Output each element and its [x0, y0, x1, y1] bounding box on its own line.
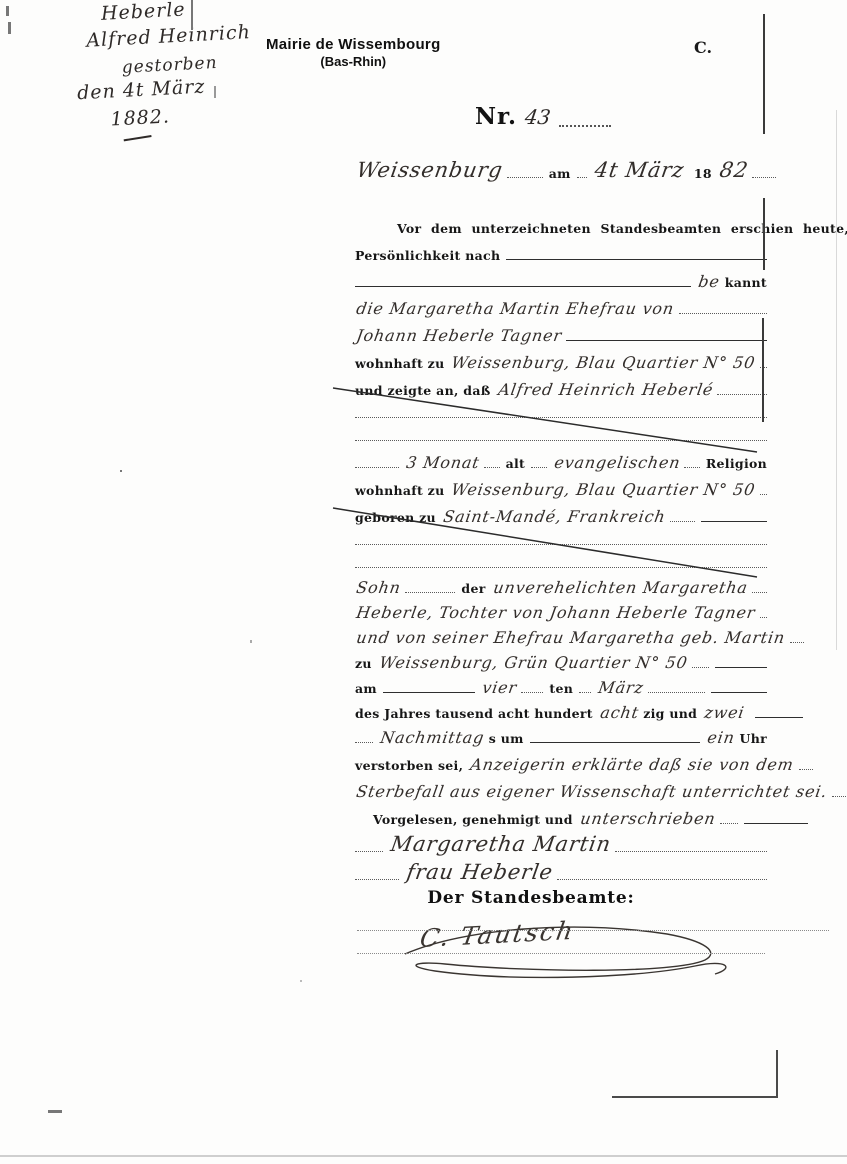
stamp-town: Mairie de Wissembourg: [266, 36, 441, 53]
blank-rule: [355, 412, 767, 418]
blank-rule: [355, 737, 373, 743]
handwritten-text: Weissenburg, Blau Quartier N° 50: [450, 353, 757, 372]
handwritten-text: zwei: [703, 703, 746, 722]
blank-rule: [383, 687, 475, 693]
handwritten-text: Heberle, Tochter von Johann Heberle Tagn…: [355, 603, 757, 622]
handwritten-text: unterschrieben: [579, 809, 717, 828]
parentage-line: Sohnderunverehelichten Margaretha: [355, 572, 767, 597]
handwritten-text: Margaretha Martin: [389, 832, 613, 856]
death-place-line: zuWeissenburg, Grün Quartier N° 50: [355, 647, 767, 672]
blank-rule: [760, 612, 767, 618]
blank-rule: [355, 539, 767, 545]
handwritten-text: Weissenburg, Grün Quartier N° 50: [378, 653, 689, 672]
handwritten-text: Saint-Mandé, Frankreich: [442, 507, 667, 526]
printed-text: Uhr: [740, 731, 767, 747]
intro-line: Vor dem unterzeichneten Standesbeamten e…: [355, 210, 767, 237]
blank-rule: [531, 462, 546, 468]
scan-artifact-page-corner: [776, 1050, 778, 1098]
registrar-signature-block: C. Tautsch: [355, 910, 767, 982]
printed-text: am: [549, 166, 571, 182]
blank-rule: [701, 516, 767, 522]
birthplace-line: geboren zuSaint-Mandé, Frankreich: [355, 499, 767, 526]
printed-text: verstorben sei,: [355, 758, 463, 774]
blank-rule: [717, 389, 767, 395]
blank-rule: [355, 281, 691, 287]
printed-text: Religion: [706, 456, 767, 472]
scan-artifact-vertical-line: [762, 318, 764, 422]
stamp-department: (Bas-Rhin): [266, 54, 441, 69]
blank-rule: [760, 489, 767, 495]
identity-line: Persönlichkeit nach: [355, 237, 767, 264]
scan-speck: [8, 22, 11, 34]
handwritten-text: 82: [718, 158, 750, 182]
handwritten-text: Johann Heberle Tagner: [355, 326, 563, 345]
date-line: Weissenburgam4t März1882: [355, 140, 767, 182]
printed-text: kannt: [725, 275, 767, 291]
printed-text: Vor dem unterzeichneten Standesbeamten e…: [397, 221, 847, 237]
blank-rule: [355, 874, 399, 880]
witness-signature-line: Margaretha Martin: [355, 828, 767, 856]
blank-rule: [521, 687, 543, 693]
blank-rule: [755, 712, 803, 718]
blank-rule: [832, 791, 847, 797]
blank-rule: [715, 662, 767, 668]
printed-text: 18: [694, 166, 712, 182]
scan-artifact-vertical-line: [763, 198, 765, 270]
residence-line2: wohnhaft zuWeissenburg, Blau Quartier N°…: [355, 472, 767, 499]
blank-rule: [692, 662, 709, 668]
scan-speck: [250, 640, 252, 643]
handwritten-text: Weissenburg: [355, 158, 505, 182]
handwritten-text: Alfred Heinrich Heberlé: [497, 380, 715, 399]
blank-rule: [557, 874, 767, 880]
blank-rule: [355, 562, 767, 568]
blank-line: [355, 526, 767, 549]
handwritten-text: die Margaretha Martin Ehefrau von: [355, 299, 676, 318]
scanned-death-record-page: Heberle Alfred Heinrich gestorben den 4t…: [0, 0, 847, 1164]
corner-letter: C.: [694, 38, 712, 57]
printed-text: der: [461, 581, 485, 597]
record-number: Nr. 43: [475, 103, 611, 130]
margin-annotation: Heberle Alfred Heinrich gestorben den 4t…: [55, 0, 262, 143]
blank-rule: [720, 818, 738, 824]
scan-artifact-vertical-line: [763, 14, 765, 134]
margin-given-names: Alfred Heinrich: [86, 21, 257, 52]
blank-rule: [530, 737, 701, 743]
handwritten-text: Sterbefall aus eigener Wissenschaft unte…: [355, 782, 829, 801]
form-column: Weissenburgam4t März1882Vor dem unterzei…: [355, 140, 767, 982]
parentage-line2: Heberle, Tochter von Johann Heberle Tagn…: [355, 597, 767, 622]
handwritten-text: 4t März: [593, 158, 686, 182]
knowledge-line: Sterbefall aus eigener Wissenschaft unte…: [355, 774, 767, 801]
deceased-statement-line: verstorben sei,Anzeigerin erklärte daß s…: [355, 747, 767, 774]
printed-text: des Jahres tausend acht hundert: [355, 706, 593, 722]
blank-rule: [507, 172, 543, 178]
death-hour-line: Nachmittags umeinUhr: [355, 722, 767, 747]
blank-rule: [711, 687, 767, 693]
handwritten-text: Weissenburg, Blau Quartier N° 50: [450, 480, 757, 499]
scan-speck: [300, 980, 302, 982]
blank-rule: [670, 516, 695, 522]
printed-text: und zeigte an, daß: [355, 383, 491, 399]
informant-line: die Margaretha Martin Ehefrau von: [355, 291, 767, 318]
blank-rule: [679, 308, 767, 314]
blank-rule: [355, 435, 767, 441]
handwritten-text: unverehelichten Margaretha: [492, 578, 749, 597]
margin-flourish: [124, 135, 152, 141]
handwritten-text: März: [597, 678, 645, 697]
margin-death-year: 1882.: [110, 101, 261, 131]
scan-speck: [191, 0, 193, 30]
dotted-rule: [357, 930, 829, 931]
margin-death-date: den 4t März: [77, 73, 260, 104]
death-year-line: des Jahres tausend acht hundertachtzig u…: [355, 697, 767, 722]
printed-text: Vorgelesen, genehmigt und: [373, 812, 573, 828]
handwritten-text: vier: [481, 678, 518, 697]
handwritten-text: Sohn: [355, 578, 402, 597]
printed-text: alt: [506, 456, 526, 472]
printed-text: geboren zu: [355, 510, 436, 526]
blank-rule: [559, 120, 611, 127]
handwritten-text: 3 Monat: [405, 453, 481, 472]
blank-rule: [752, 587, 767, 593]
scan-artifact-faint-line: [836, 110, 837, 650]
handwritten-text: be: [697, 272, 721, 291]
record-number-value: 43: [523, 105, 552, 130]
printed-text: wohnhaft zu: [355, 356, 444, 372]
blank-rule: [684, 462, 699, 468]
handwritten-text: und von seiner Ehefrau Margaretha geb. M…: [355, 628, 787, 647]
blank-rule: [744, 818, 808, 824]
handwritten-text: acht: [599, 703, 640, 722]
blank-rule: [484, 462, 499, 468]
handwritten-text: ein: [706, 728, 736, 747]
informant-line2: Johann Heberle Tagner: [355, 318, 767, 345]
parentage-line3: und von seiner Ehefrau Margaretha geb. M…: [355, 622, 767, 647]
blank-rule: [566, 335, 767, 341]
blank-line: [355, 549, 767, 572]
blank-rule: [799, 764, 813, 770]
blank-rule: [579, 687, 591, 693]
blank-rule: [355, 846, 383, 852]
printed-text: zu: [355, 656, 372, 672]
printed-text: am: [355, 681, 377, 697]
blank-line: [355, 422, 767, 445]
blank-rule: [648, 687, 705, 693]
scan-speck: [214, 86, 216, 98]
scan-speck: [120, 470, 122, 472]
handwritten-text: Nachmittag: [379, 728, 486, 747]
scan-speck: [6, 6, 9, 16]
blank-rule: [506, 254, 767, 260]
blank-rule: [615, 846, 767, 852]
printed-text: zig und: [643, 706, 697, 722]
bekannt-line: bekannt: [355, 264, 767, 291]
printed-text: wohnhaft zu: [355, 483, 444, 499]
scan-artifact-page-corner: [612, 1096, 778, 1098]
blank-line: [355, 399, 767, 422]
mairie-stamp: Mairie de Wissembourg (Bas-Rhin): [266, 36, 441, 69]
blank-rule: [577, 172, 587, 178]
handwritten-text: frau Heberle: [405, 860, 555, 884]
printed-text: ten: [549, 681, 573, 697]
age-religion-line: 3 MonataltevangelischenReligion: [355, 445, 767, 472]
scan-artifact-bottom-edge: [0, 1155, 847, 1157]
blank-rule: [752, 172, 776, 178]
approval-line: Vorgelesen, genehmigt undunterschrieben: [355, 801, 767, 828]
death-date-line: amviertenMärz: [355, 672, 767, 697]
declaration-line: und zeigte an, daßAlfred Heinrich Heberl…: [355, 372, 767, 399]
dotted-rule: [357, 953, 765, 954]
witness-signature-line: frau Heberle: [355, 856, 767, 884]
scan-speck: [48, 1110, 62, 1113]
printed-text: s um: [489, 731, 524, 747]
record-number-label: Nr.: [475, 103, 517, 130]
blank-rule: [355, 462, 399, 468]
printed-text: Persönlichkeit nach: [355, 248, 500, 264]
blank-rule: [405, 587, 455, 593]
registrar-title: Der Standesbeamte:: [325, 888, 737, 908]
residence-line: wohnhaft zuWeissenburg, Blau Quartier N°…: [355, 345, 767, 372]
blank-rule: [790, 637, 804, 643]
handwritten-text: Anzeigerin erklärte daß sie von dem: [469, 755, 795, 774]
handwritten-text: evangelischen: [553, 453, 682, 472]
